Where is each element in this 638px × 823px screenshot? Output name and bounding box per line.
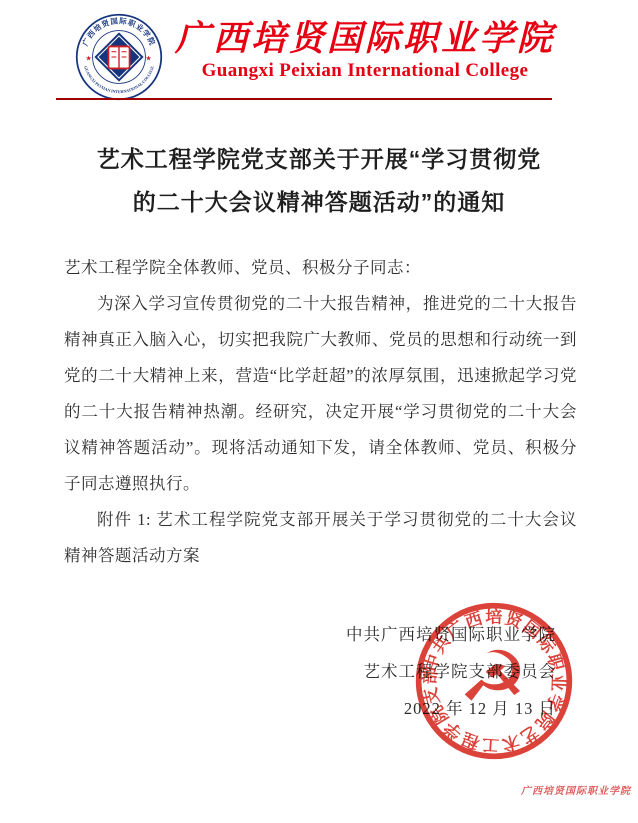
college-logo-emblem: 广西培贤国际职业学院 GUANGXI PEIXIAN INTERNATIONAL…: [74, 13, 164, 101]
document-title-line2: 的二十大会议精神答题活动”的通知: [0, 181, 638, 224]
attachment-paragraph: 附件 1: 艺术工程学院党支部开展关于学习贯彻党的二十大会议精神答题活动方案: [64, 502, 577, 574]
logo-star-right: ★: [145, 55, 151, 63]
letterhead: 广西培贤国际职业学院 Guangxi Peixian International…: [158, 18, 572, 82]
college-logo: 广西培贤国际职业学院 GUANGXI PEIXIAN INTERNATIONAL…: [74, 13, 164, 101]
body-paragraph: 为深入学习宣传贯彻党的二十大报告精神，推进党的二十大报告精神真正入脑入心，切实把…: [64, 286, 577, 502]
college-name-en: Guangxi Peixian International College: [158, 60, 572, 82]
document-body: 艺术工程学院全体教师、党员、积极分子同志： 为深入学习宣传贯彻党的二十大报告精神…: [64, 250, 577, 574]
college-name-zh: 广西培贤国际职业学院: [158, 18, 572, 60]
logo-star-left: ★: [86, 55, 92, 63]
salutation: 艺术工程学院全体教师、党员、积极分子同志：: [64, 250, 577, 286]
signature-org-line2: 艺术工程学院支部委员会: [346, 653, 556, 690]
logo-book-icon: [108, 46, 129, 68]
signature-date: 2022 年 12 月 13 日: [346, 690, 556, 727]
footer-watermark: 广西培贤国际职业学院: [521, 782, 631, 797]
signature-block: 中共广西培贤国际职业学院 艺术工程学院支部委员会 2022 年 12 月 13 …: [346, 616, 556, 727]
signature-org-line1: 中共广西培贤国际职业学院: [346, 616, 556, 653]
svg-text:★: ★: [145, 55, 151, 63]
svg-text:★: ★: [86, 55, 92, 63]
document-title-line1: 艺术工程学院党支部关于开展“学习贯彻党: [0, 138, 638, 181]
letterhead-divider-rule: [56, 98, 552, 100]
document-title: 艺术工程学院党支部关于开展“学习贯彻党 的二十大会议精神答题活动”的通知: [0, 138, 638, 224]
notice-document-page: 广西培贤国际职业学院 GUANGXI PEIXIAN INTERNATIONAL…: [0, 0, 638, 823]
